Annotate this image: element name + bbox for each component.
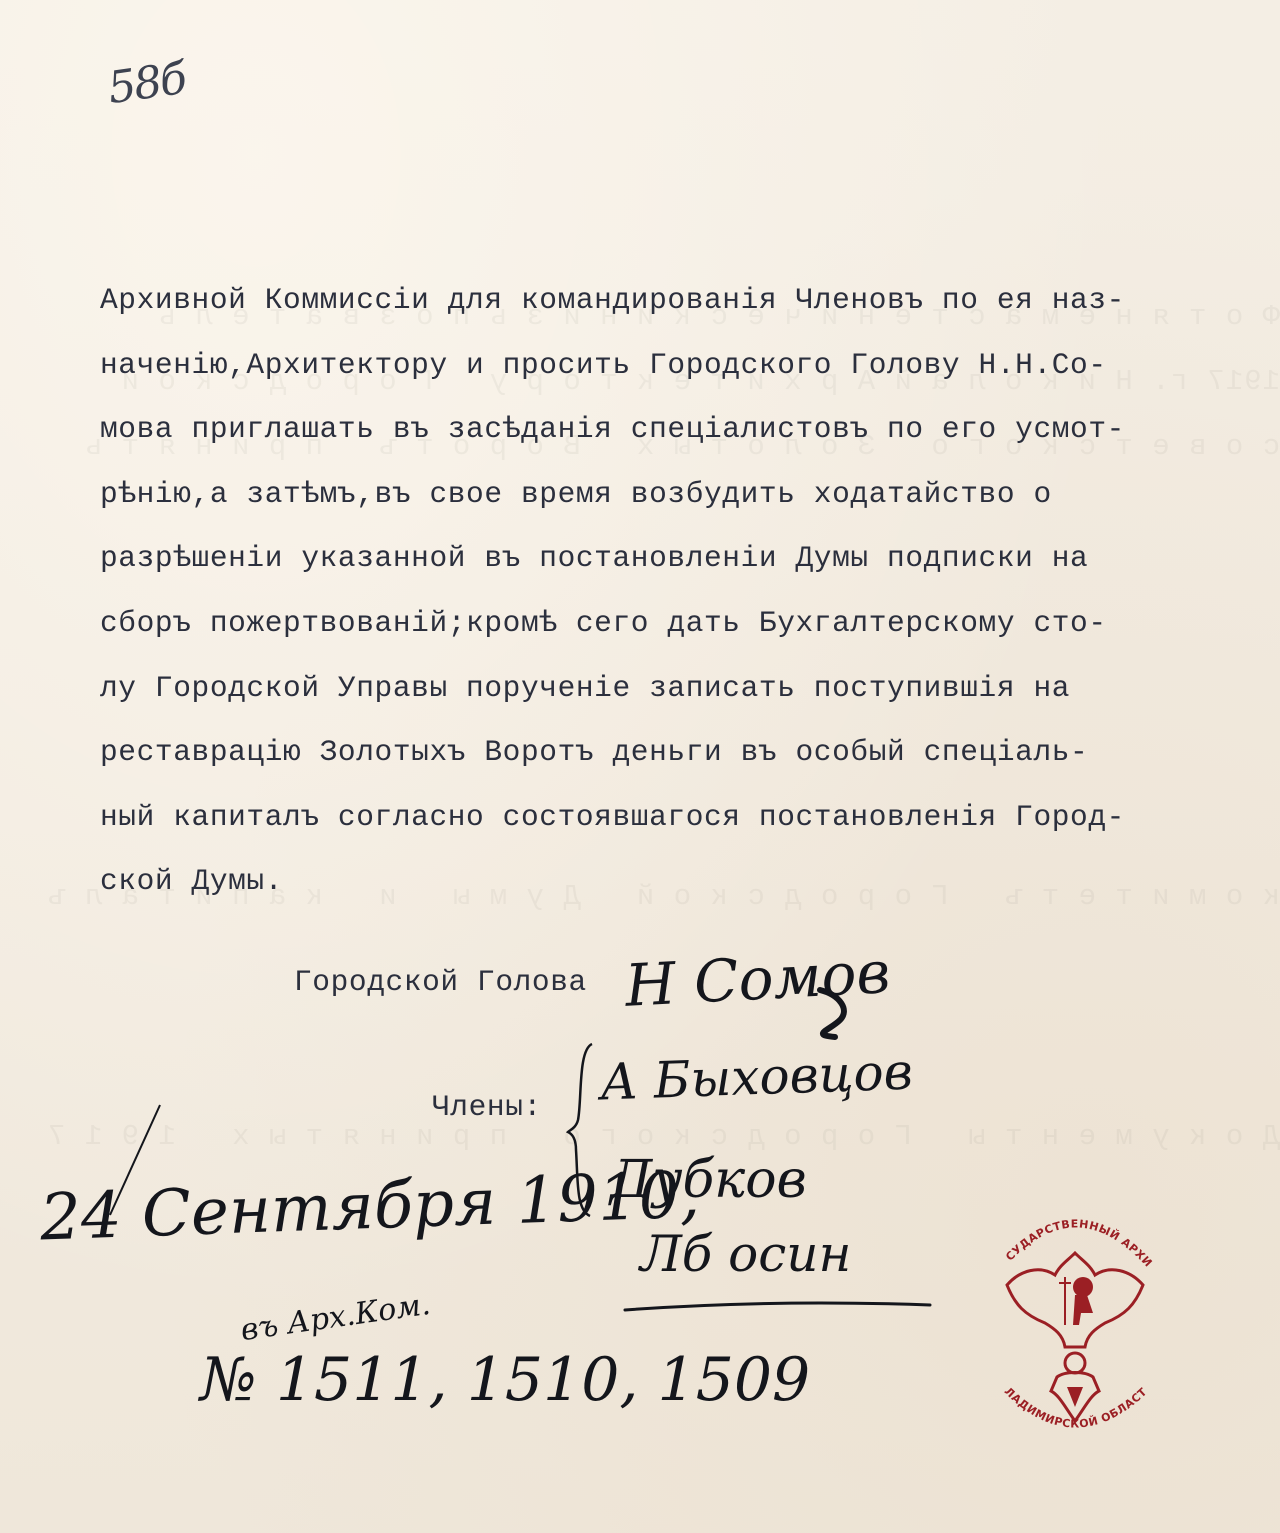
body-line: сборъ пожертвованій;кромѣ сего дать Бухг… bbox=[100, 591, 1250, 656]
folio-number: 58б bbox=[105, 53, 188, 114]
mayor-label: Городской Голова bbox=[294, 965, 587, 999]
body-line: мова приглашать въ засѣданія спеціалисто… bbox=[100, 397, 1250, 462]
body-line: реставрацію Золотыхъ Воротъ деньги въ ос… bbox=[100, 720, 1250, 785]
bleed-through-text: Д о к у м е н т ы Г о р о д с к о г о п … bbox=[110, 1120, 1280, 1153]
body-line: рѣнію,а затѣмъ,въ свое время возбудить х… bbox=[100, 462, 1250, 527]
members-label: Члены: bbox=[432, 1090, 542, 1124]
body-line: ный капиталъ согласно состоявшагося пост… bbox=[100, 785, 1250, 850]
body-line: разрѣшеніи указанной въ постановленіи Ду… bbox=[100, 526, 1250, 591]
signature-flourish bbox=[780, 985, 860, 1045]
archive-logo: ГОСУДАРСТВЕННЫЙ АРХИВ ВЛАДИМИРСКОЙ ОБЛАС… bbox=[995, 1195, 1155, 1445]
typed-body: Архивной Коммиссіи для командированія Чл… bbox=[100, 268, 1250, 914]
body-line: ской Думы. bbox=[100, 849, 1250, 914]
body-line: наченію,Архитектору и просить Городского… bbox=[100, 333, 1250, 398]
body-line: лу Городской Управы порученіе записать п… bbox=[100, 656, 1250, 721]
handwritten-numbers: № 1511, 1510, 1509 bbox=[200, 1345, 810, 1415]
member-signature-3: Лб осин bbox=[640, 1225, 851, 1283]
signature-underline bbox=[620, 1285, 940, 1315]
body-line: Архивной Коммиссіи для командированія Чл… bbox=[100, 268, 1250, 333]
member-signature-1: А Быховцов bbox=[599, 1043, 914, 1112]
logo-top-text: ГОСУДАРСТВЕННЫЙ АРХИВ bbox=[995, 1195, 1155, 1270]
